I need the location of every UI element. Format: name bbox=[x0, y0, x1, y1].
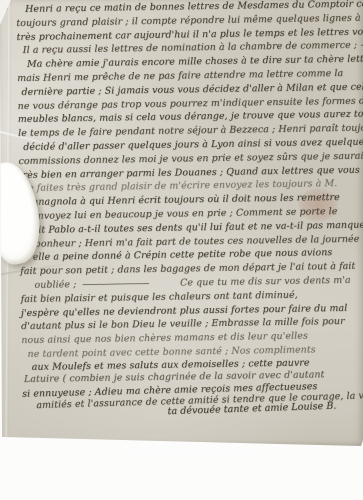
archival-mark: 3/ bbox=[0, 0, 11, 13]
letter-sheet: Henri a reçu ce matin de bonnes lettres … bbox=[0, 0, 363, 446]
scanned-letter-page: Henri a reçu ce matin de bonnes lettres … bbox=[0, 0, 363, 500]
letter-body: Henri a reçu ce matin de bonnes lettres … bbox=[16, 0, 363, 419]
